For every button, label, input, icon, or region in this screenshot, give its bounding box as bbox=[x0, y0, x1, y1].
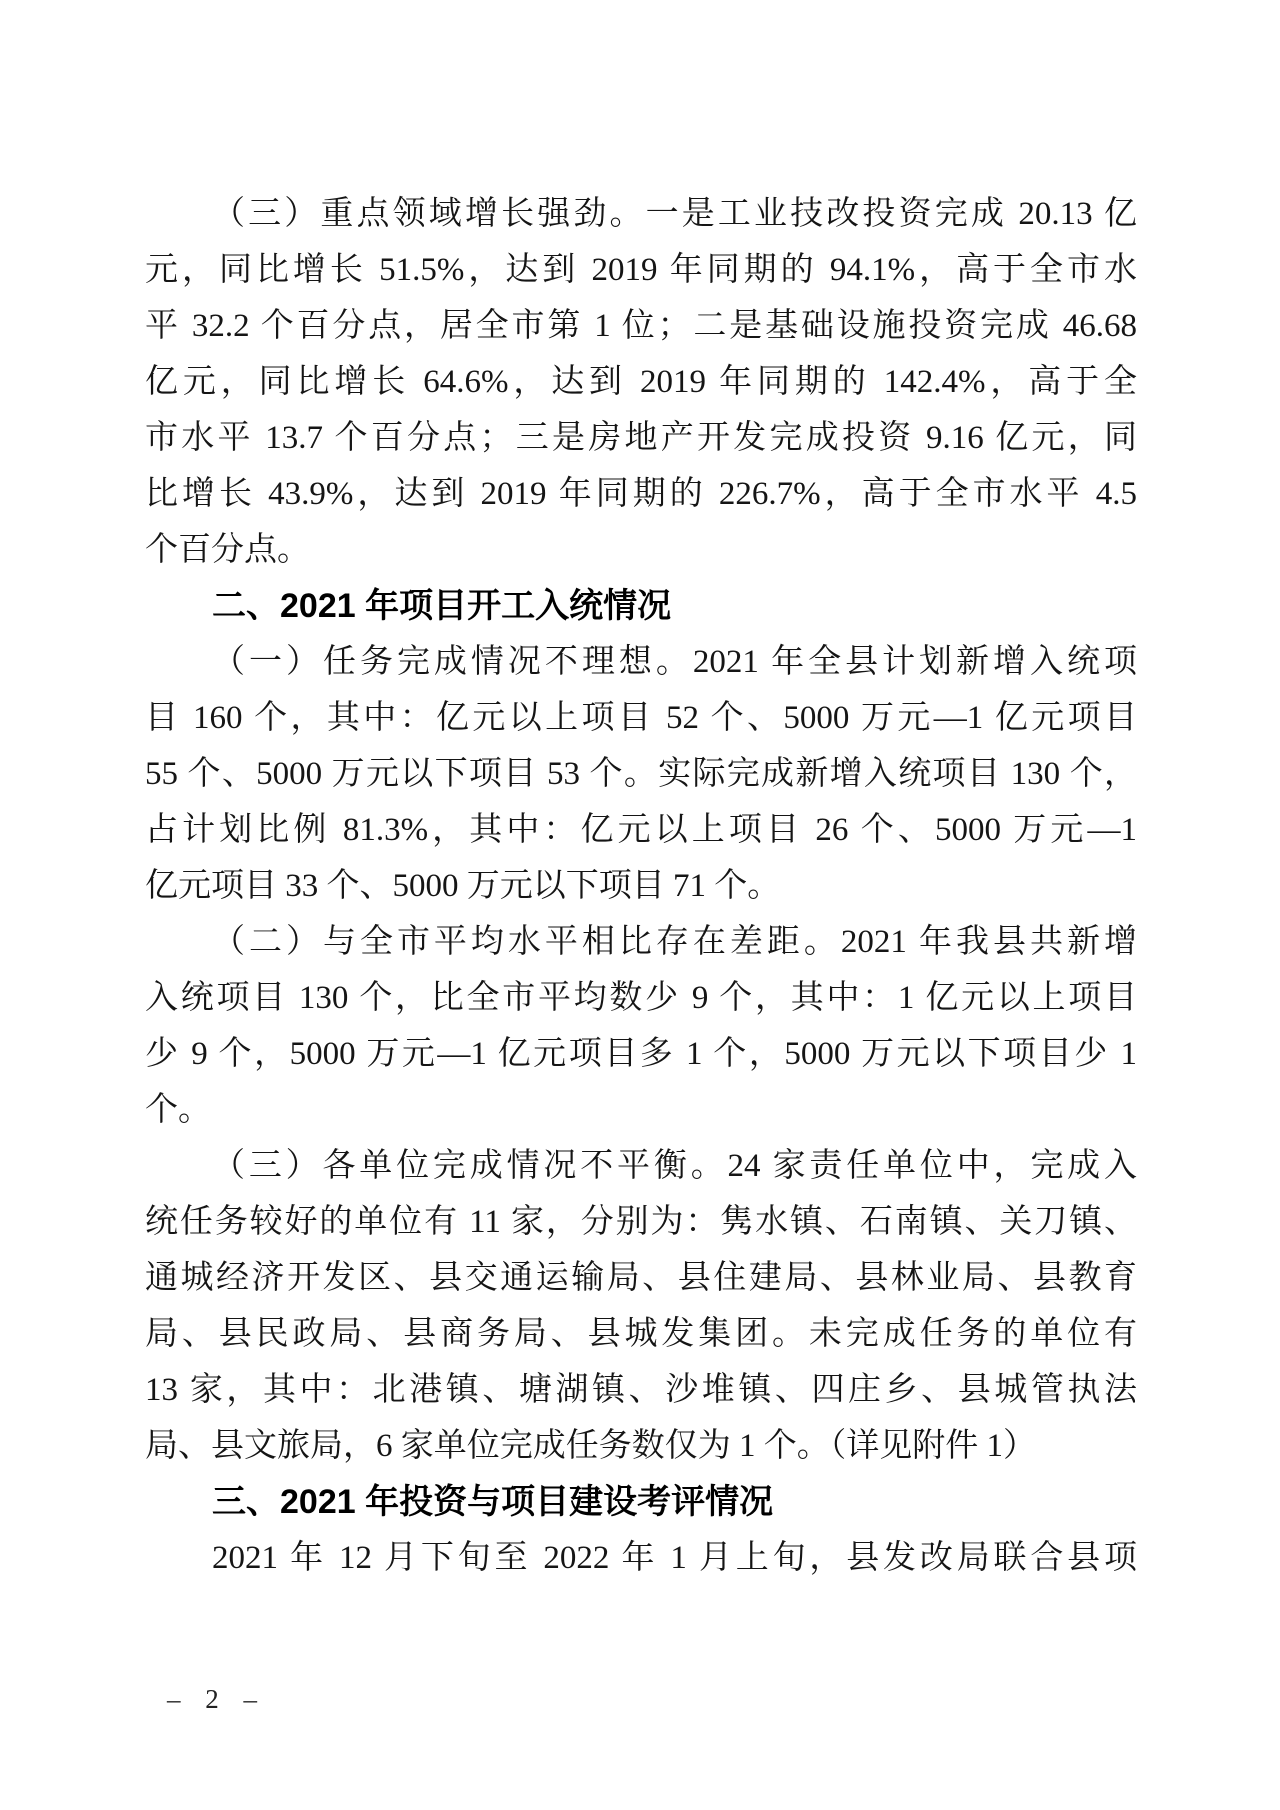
text-line: 55 个、5000 万元以下项目 53 个。实际完成新增入统项目 130 个， bbox=[145, 746, 1137, 802]
text-line: 占计划比例 81.3%，其中：亿元以上项目 26 个、5000 万元—1 bbox=[145, 802, 1137, 858]
text-line: 局、县民政局、县商务局、县城发集团。未完成任务的单位有 bbox=[145, 1306, 1137, 1362]
text-line: 平 32.2 个百分点，居全市第 1 位；二是基础设施投资完成 46.68 bbox=[145, 298, 1137, 354]
text-line: （三）重点领域增长强劲。一是工业技改投资完成 20.13 亿 bbox=[145, 186, 1137, 242]
text-line: 2021 年 12 月下旬至 2022 年 1 月上旬，县发改局联合县项 bbox=[145, 1530, 1137, 1586]
text-line: （三）各单位完成情况不平衡。24 家责任单位中，完成入 bbox=[145, 1138, 1137, 1194]
document-page: （三）重点领域增长强劲。一是工业技改投资完成 20.13 亿元，同比增长 51.… bbox=[0, 0, 1280, 1810]
text-line: 目 160 个，其中：亿元以上项目 52 个、5000 万元—1 亿元项目 bbox=[145, 690, 1137, 746]
text-line: 统任务较好的单位有 11 家，分别为：隽水镇、石南镇、关刀镇、 bbox=[145, 1194, 1137, 1250]
text-line: 亿元项目 33 个、5000 万元以下项目 71 个。 bbox=[145, 858, 1137, 914]
text-line: 入统项目 130 个，比全市平均数少 9 个，其中：1 亿元以上项目 bbox=[145, 970, 1137, 1026]
text-line: 个。 bbox=[145, 1082, 1137, 1138]
text-line: 比增长 43.9%，达到 2019 年同期的 226.7%，高于全市水平 4.5 bbox=[145, 466, 1137, 522]
text-line: 个百分点。 bbox=[145, 522, 1137, 578]
text-line: 亿元，同比增长 64.6%，达到 2019 年同期的 142.4%，高于全 bbox=[145, 354, 1137, 410]
text-line: 少 9 个，5000 万元—1 亿元项目多 1 个，5000 万元以下项目少 1 bbox=[145, 1026, 1137, 1082]
page-number: – 2 – bbox=[167, 1684, 266, 1715]
section-heading: 三、2021 年投资与项目建设考评情况 bbox=[145, 1474, 1137, 1530]
text-line: 元，同比增长 51.5%，达到 2019 年同期的 94.1%，高于全市水 bbox=[145, 242, 1137, 298]
text-line: （一）任务完成情况不理想。2021 年全县计划新增入统项 bbox=[145, 634, 1137, 690]
text-line: 13 家，其中：北港镇、塘湖镇、沙堆镇、四庄乡、县城管执法 bbox=[145, 1362, 1137, 1418]
text-line: （二）与全市平均水平相比存在差距。2021 年我县共新增 bbox=[145, 914, 1137, 970]
text-line: 通城经济开发区、县交通运输局、县住建局、县林业局、县教育 bbox=[145, 1250, 1137, 1306]
document-body: （三）重点领域增长强劲。一是工业技改投资完成 20.13 亿元，同比增长 51.… bbox=[145, 186, 1137, 1586]
text-line: 局、县文旅局，6 家单位完成任务数仅为 1 个。（详见附件 1） bbox=[145, 1418, 1137, 1474]
section-heading: 二、2021 年项目开工入统情况 bbox=[145, 578, 1137, 634]
text-line: 市水平 13.7 个百分点；三是房地产开发完成投资 9.16 亿元，同 bbox=[145, 410, 1137, 466]
